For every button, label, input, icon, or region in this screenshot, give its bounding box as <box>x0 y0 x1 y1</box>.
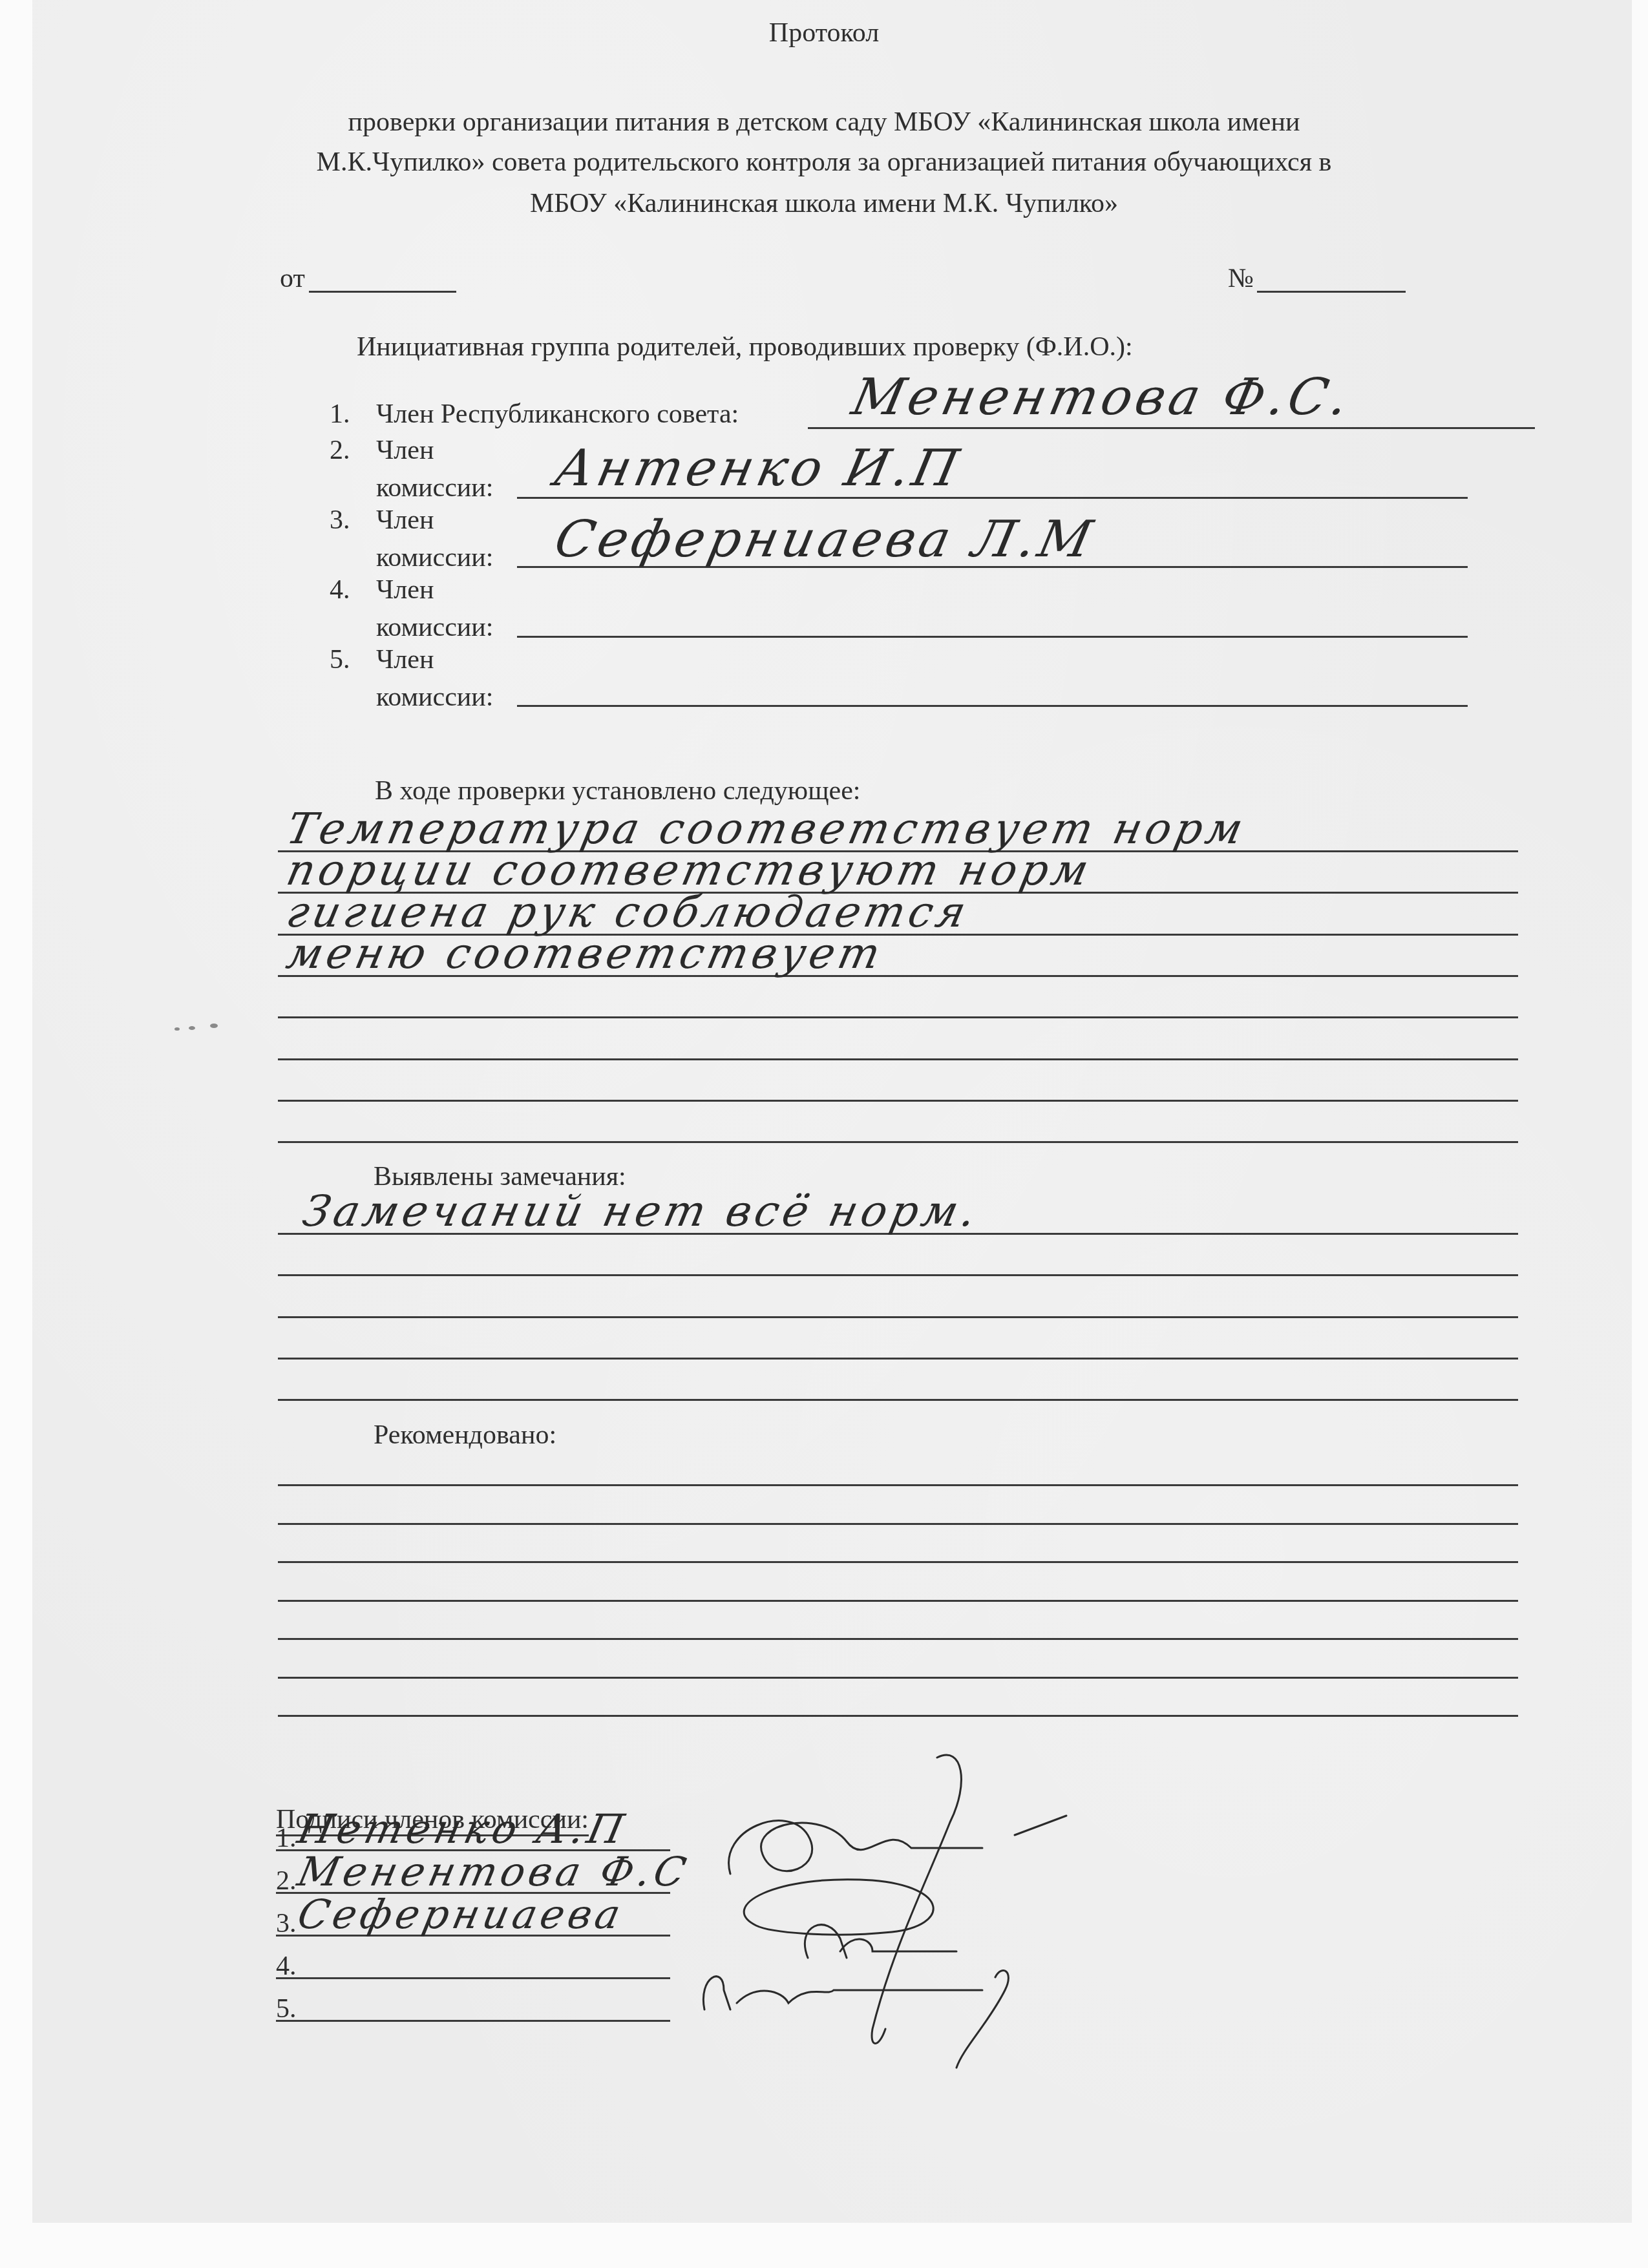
scan-speck <box>174 1027 180 1031</box>
ruled-line[interactable] <box>278 1484 1518 1486</box>
signature-number: 5. <box>276 1995 297 2022</box>
ruled-line[interactable] <box>278 1561 1518 1563</box>
ruled-line[interactable] <box>278 1358 1518 1360</box>
member-name-line[interactable] <box>517 705 1468 707</box>
document-title: Протокол <box>0 19 1648 47</box>
document-subtitle-line-2: М.К.Чупилко» совета родительского контро… <box>0 149 1648 176</box>
signature-line[interactable] <box>276 2020 670 2022</box>
member-handwritten-name[interactable]: Сеферниаева Л.М <box>549 510 1101 569</box>
ruled-line[interactable] <box>278 1715 1518 1717</box>
document-subtitle-line-3: МБОУ «Калининская школа имени М.К. Чупил… <box>0 190 1648 217</box>
signature-handwritten-name[interactable]: Нетенко А.П <box>293 1805 631 1853</box>
document-subtitle-line-1: проверки организации питания в детском с… <box>0 109 1648 136</box>
date-field-line[interactable] <box>309 291 456 293</box>
ruled-line[interactable] <box>278 1638 1518 1640</box>
member-label: Член <box>376 507 434 534</box>
handwritten-line-text[interactable]: Замечаний нет всё норм. <box>299 1186 984 1236</box>
scan-speck <box>210 1024 218 1028</box>
signature-number: 1. <box>276 1825 297 1852</box>
initiative-group-heading: Инициативная группа родителей, проводивш… <box>357 333 1133 361</box>
handwritten-line-text[interactable]: меню соответствует <box>282 929 889 978</box>
ruled-line[interactable] <box>278 1100 1518 1102</box>
ruled-line[interactable] <box>278 1399 1518 1401</box>
ruled-line[interactable] <box>278 1274 1518 1276</box>
recommendations-heading: Рекомендовано: <box>374 1422 556 1449</box>
member-handwritten-name[interactable]: Менентова Ф.С. <box>847 368 1357 426</box>
scan-speck <box>189 1026 195 1030</box>
ruled-line[interactable] <box>278 1141 1518 1143</box>
member-label-2: комиссии: <box>376 474 493 501</box>
member-label-2: комиссии: <box>376 614 493 641</box>
signatures-scrawl-icon <box>679 1745 1079 2081</box>
signature-line[interactable] <box>276 1977 670 1979</box>
member-label: Член Республиканского совета: <box>376 401 739 428</box>
signature-number: 3. <box>276 1910 297 1937</box>
signature-number: 4. <box>276 1953 297 1980</box>
member-number: 4. <box>330 576 350 604</box>
member-label: Член <box>376 646 434 673</box>
ruled-line[interactable] <box>278 1058 1518 1060</box>
member-name-line[interactable] <box>517 636 1468 638</box>
member-number: 2. <box>330 437 350 464</box>
member-number: 3. <box>330 507 350 534</box>
member-number: 1. <box>330 401 350 428</box>
number-field-line[interactable] <box>1257 291 1406 293</box>
findings-heading: В ходе проверки установлено следующее: <box>375 777 861 804</box>
ruled-line[interactable] <box>278 1600 1518 1602</box>
member-label-2: комиссии: <box>376 544 493 571</box>
member-name-line[interactable] <box>808 427 1535 429</box>
ruled-line[interactable] <box>278 1677 1518 1679</box>
number-label: № <box>1228 265 1254 292</box>
ruled-line[interactable] <box>278 1316 1518 1318</box>
member-label: Член <box>376 437 434 464</box>
member-handwritten-name[interactable]: Антенко И.П <box>549 439 967 498</box>
member-number: 5. <box>330 646 350 673</box>
member-label: Член <box>376 576 434 604</box>
member-label-2: комиссии: <box>376 684 493 711</box>
signature-handwritten-name[interactable]: Сеферниаева <box>293 1891 628 1938</box>
date-label: от <box>280 265 305 292</box>
signature-number: 2. <box>276 1867 297 1895</box>
ruled-line[interactable] <box>278 1523 1518 1525</box>
signature-handwritten-name[interactable]: Менентова Ф.С <box>293 1848 694 1895</box>
ruled-line[interactable] <box>278 1016 1518 1018</box>
